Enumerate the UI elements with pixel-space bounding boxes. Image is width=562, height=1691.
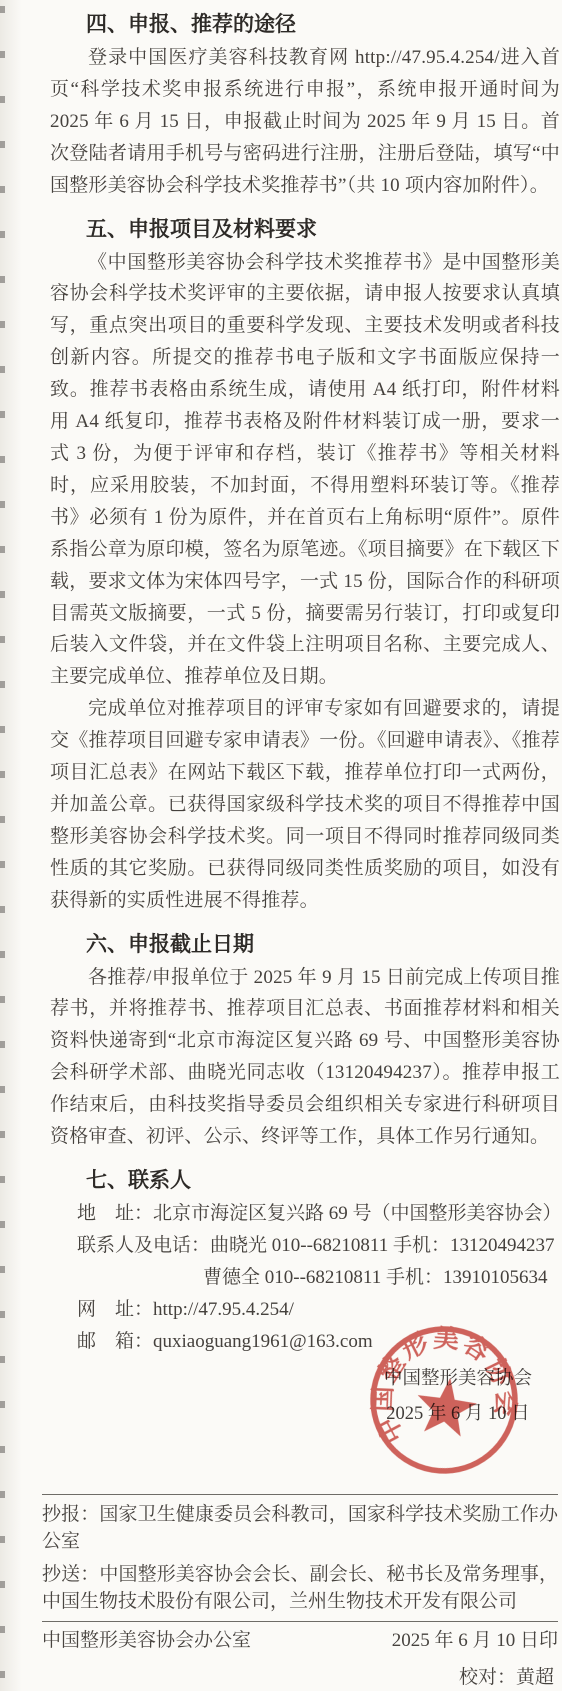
section-4: 四、申报、推荐的途径 登录中国医疗美容科技教育网 http://47.95.4.… [50, 8, 560, 202]
contact-email-value: quxiaoguang1961@163.com [153, 1331, 373, 1352]
footer-rule-top [42, 1494, 558, 1495]
paragraph-5-2: 完成单位对推荐项目的评审专家如有回避要求的，请提交《推荐项目回避专家申请表》一份… [50, 693, 560, 916]
footer-office: 中国整形美容协会办公室 [42, 1627, 251, 1654]
footer-block: 抄报：国家卫生健康委员会科教司，国家科学技术奖励工作办公室 抄送：中国整形美容协… [42, 1494, 558, 1691]
contact-phone-row: 联系人及电话：曲晓光 010--68210811 手机：13120494237 [77, 1230, 560, 1262]
footer-rule-bottom [42, 1621, 558, 1622]
contact-phone2-value: 曹德全 010--68210811 手机：13910105634 [203, 1267, 547, 1288]
paragraph-5-1: 《中国整形美容协会科学技术奖推荐书》是中国整形美容协会科学技术奖评审的主要依据，… [50, 247, 560, 694]
seal-star [414, 1374, 483, 1444]
contact-phone-label: 联系人及电话： [77, 1230, 210, 1262]
document-body: 四、申报、推荐的途径 登录中国医疗美容科技教育网 http://47.95.4.… [50, 8, 560, 1358]
section-heading-4: 四、申报、推荐的途径 [86, 8, 560, 42]
contact-phone1-value: 曲晓光 010--68210811 手机：13120494237 [210, 1235, 554, 1256]
official-seal: 中国整形美容协会 [351, 1307, 536, 1492]
scanned-notice-page: 四、申报、推荐的途径 登录中国医疗美容科技教育网 http://47.95.4.… [0, 0, 562, 1691]
footer-proofread: 校对：黄超 [42, 1664, 558, 1691]
footer-copy-send: 抄送：中国整形美容协会会长、副会长、秘书长及常务理事，中国生物技术股份有限公司，… [42, 1561, 558, 1615]
contact-phone2-row: 曹德全 010--68210811 手机：13910105634 [203, 1262, 560, 1294]
section-6: 六、申报截止日期 各推荐/申报单位于 2025 年 9 月 15 日前完成上传项… [50, 928, 560, 1153]
contact-address-label: 地 址： [77, 1198, 153, 1230]
paragraph-4-1: 登录中国医疗美容科技教育网 http://47.95.4.254/进入首页“科学… [50, 42, 560, 202]
section-5: 五、申报项目及材料要求 《中国整形美容协会科学技术奖推荐书》是中国整形美容协会科… [50, 213, 560, 917]
contact-address-row: 地 址：北京市海淀区复兴路 69 号（中国整形美容协会） [77, 1198, 560, 1230]
footer-office-row: 中国整形美容协会办公室 2025 年 6 月 10 日印 [42, 1627, 558, 1654]
section-heading-7: 七、联系人 [86, 1164, 560, 1198]
contact-web-label: 网 址： [77, 1294, 153, 1326]
paragraph-6-1: 各推荐/申报单位于 2025 年 9 月 15 日前完成上传项目推荐书，并将推荐… [50, 962, 560, 1153]
contact-address-value: 北京市海淀区复兴路 69 号（中国整形美容协会） [153, 1203, 562, 1224]
contact-email-label: 邮 箱： [77, 1326, 153, 1358]
footer-print-date: 2025 年 6 月 10 日印 [392, 1627, 558, 1654]
footer-copy-report: 抄报：国家卫生健康委员会科教司，国家科学技术奖励工作办公室 [42, 1501, 558, 1555]
section-heading-6: 六、申报截止日期 [86, 928, 560, 962]
section-heading-5: 五、申报项目及材料要求 [86, 213, 560, 247]
contact-web-value: http://47.95.4.254/ [153, 1299, 294, 1320]
